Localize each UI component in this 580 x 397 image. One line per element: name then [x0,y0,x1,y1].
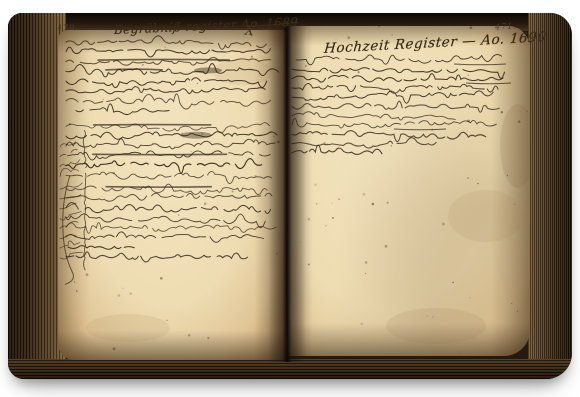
left-page-number: 470. [57,22,79,32]
photo-open-register-book: 470. Begräbniß register Ao. 1689 X Hochz… [0,0,580,397]
handwriting-left-page [58,30,286,360]
book-fore-edge [528,13,572,379]
handwriting-right-page [286,26,530,356]
left-page [58,30,286,360]
book-bottom-edge [8,359,572,379]
right-page [286,26,530,356]
right-page-number: 471. [495,21,517,31]
book: 470. Begräbniß register Ao. 1689 X Hochz… [8,13,572,379]
